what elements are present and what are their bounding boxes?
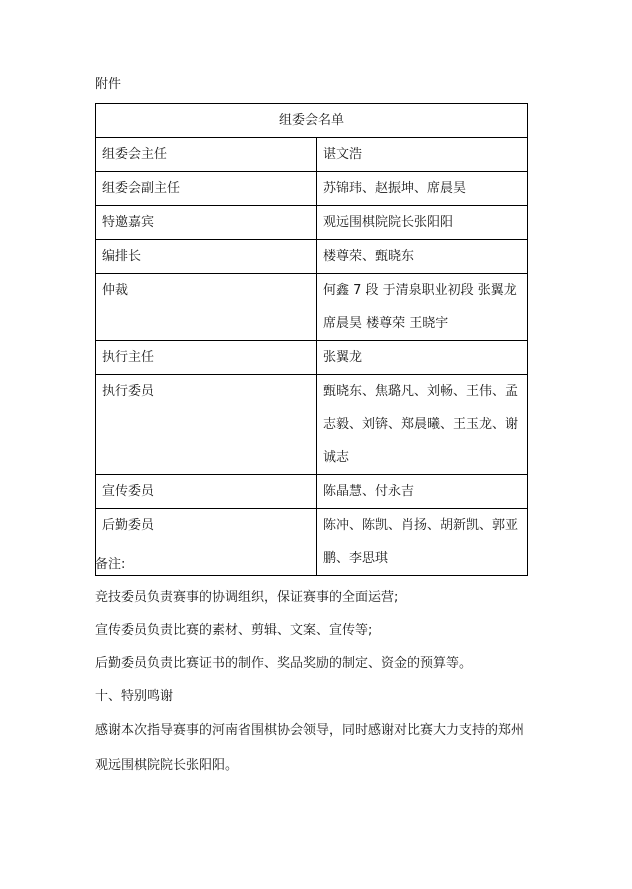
thanks-section: 十、特别鸣谢 感谢本次指导赛事的河南省围棋协会领导，同时感谢对比赛大力支持的郑州…	[95, 680, 535, 783]
table-row: 编排长 楼尊荣、甄晓东	[96, 240, 528, 274]
table-title: 组委会名单	[96, 104, 528, 138]
role-cell: 编排长	[96, 240, 317, 274]
role-cell: 执行主任	[96, 341, 317, 375]
role-cell: 组委会主任	[96, 138, 317, 172]
table-row: 宣传委员 陈晶慧、付永吉	[96, 475, 528, 509]
members-cell: 谌文浩	[317, 138, 528, 172]
table-row: 组委会副主任 苏锦玮、赵振坤、席晨昊	[96, 172, 528, 206]
notes-item: 竞技委员负责赛事的协调组织，保证赛事的全面运营;	[95, 581, 555, 614]
notes-section: 备注: 竞技委员负责赛事的协调组织，保证赛事的全面运营; 宣传委员负责比赛的素材…	[95, 548, 555, 680]
members-cell: 甄晓东、焦璐凡、刘畅、王伟、孟志毅、刘锛、郑晨曦、王玉龙、谢诚志	[317, 375, 528, 475]
thanks-body: 感谢本次指导赛事的河南省围棋协会领导，同时感谢对比赛大力支持的郑州观远围棋院院长…	[95, 713, 535, 783]
role-cell: 执行委员	[96, 375, 317, 475]
notes-item: 宣传委员负责比赛的素材、剪辑、文案、宣传等;	[95, 614, 555, 647]
members-cell: 楼尊荣、甄晓东	[317, 240, 528, 274]
role-cell: 宣传委员	[96, 475, 317, 509]
table-row: 仲裁 何鑫 7 段 于清泉职业初段 张翼龙 席晨昊 楼尊荣 王晓宇	[96, 274, 528, 341]
table-row: 执行主任 张翼龙	[96, 341, 528, 375]
thanks-heading: 十、特别鸣谢	[95, 680, 535, 713]
role-cell: 仲裁	[96, 274, 317, 341]
attachment-label: 附件	[95, 76, 121, 94]
table-row: 组委会主任 谌文浩	[96, 138, 528, 172]
members-cell: 苏锦玮、赵振坤、席晨昊	[317, 172, 528, 206]
document-page: 附件 组委会名单 组委会主任 谌文浩 组委会副主任 苏锦玮、赵振坤、席晨昊 特邀…	[0, 0, 632, 889]
members-cell: 观远围棋院院长张阳阳	[317, 206, 528, 240]
role-cell: 特邀嘉宾	[96, 206, 317, 240]
role-cell: 组委会副主任	[96, 172, 317, 206]
members-cell: 陈晶慧、付永吉	[317, 475, 528, 509]
notes-item: 后勤委员负责比赛证书的制作、奖品奖励的制定、资金的预算等。	[95, 647, 555, 680]
table-row: 特邀嘉宾 观远围棋院院长张阳阳	[96, 206, 528, 240]
committee-table: 组委会名单 组委会主任 谌文浩 组委会副主任 苏锦玮、赵振坤、席晨昊 特邀嘉宾 …	[95, 103, 528, 576]
notes-heading: 备注:	[95, 548, 555, 581]
table-title-row: 组委会名单	[96, 104, 528, 138]
members-cell: 张翼龙	[317, 341, 528, 375]
members-cell: 何鑫 7 段 于清泉职业初段 张翼龙 席晨昊 楼尊荣 王晓宇	[317, 274, 528, 341]
table-row: 执行委员 甄晓东、焦璐凡、刘畅、王伟、孟志毅、刘锛、郑晨曦、王玉龙、谢诚志	[96, 375, 528, 475]
